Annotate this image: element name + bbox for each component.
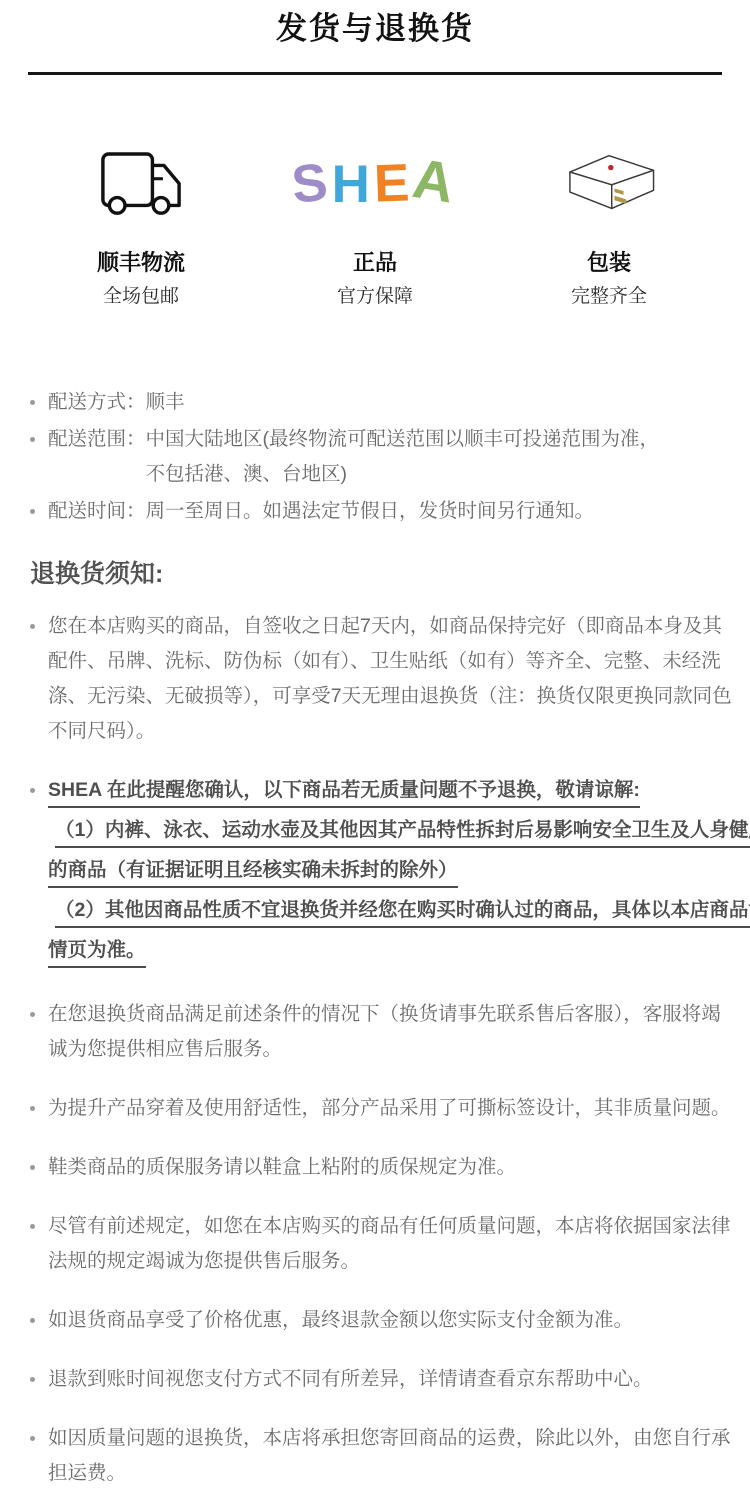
logo-letter-e: E (373, 156, 414, 210)
feature-title: 顺丰物流 (97, 251, 185, 275)
bullet-dot (30, 1209, 48, 1279)
bullet-dot (30, 1362, 48, 1397)
package-icon (559, 151, 659, 215)
list-item-underlined-terms: SHEA 在此提醒您确认，以下商品若无质量问题不予退换，敬请谅解: （1）内裤、… (30, 773, 736, 973)
notice-paragraph: 为提升产品穿着及使用舒适性，部分产品采用了可撕标签设计，其非质量问题。 (48, 1091, 736, 1126)
feature-subtitle: 全场包邮 (103, 286, 179, 308)
bullet-dot (30, 1303, 48, 1338)
returns-notice-list: 您在本店购买的商品，自签收之日起7天内，如商品保持完好（即商品本身及其配件、吊牌… (30, 609, 736, 1491)
underlined-line: 情页为准。 (48, 933, 750, 968)
feature-subtitle: 官方保障 (337, 286, 413, 308)
bullet-dot (30, 422, 48, 492)
list-item: 尽管有前述规定，如您在本店购买的商品有任何质量问题，本店将依据国家法律法规的规定… (30, 1209, 736, 1279)
returns-notice-heading: 退换货须知: (30, 559, 750, 589)
notice-paragraph: 在您退换货商品满足前述条件的情况下（换货请事先联系售后客服），客服将竭诚为您提供… (48, 997, 736, 1067)
bullet-dot (30, 1421, 48, 1491)
feature-title: 包装 (587, 251, 631, 275)
box-seal-dot (608, 165, 613, 170)
list-item: 为提升产品穿着及使用舒适性，部分产品采用了可撕标签设计，其非质量问题。 (30, 1091, 736, 1126)
bullet-dot (30, 494, 48, 529)
delivery-label: 配送方式： (48, 385, 146, 420)
delivery-value: 中国大陆地区(最终物流可配送范围以顺丰可投递范围为准， 不包括港、澳、台地区) (146, 422, 736, 492)
list-item: 如退货商品享受了价格优惠，最终退款金额以您实际支付金额为准。 (30, 1303, 736, 1338)
logo-letter-h: H (332, 158, 374, 211)
notice-paragraph: 鞋类商品的质保服务请以鞋盒上粘附的质保规定为准。 (48, 1150, 736, 1185)
bullet-dot (30, 1150, 48, 1185)
bullet-dot (30, 1091, 48, 1126)
list-item-delivery-area: 配送范围： 中国大陆地区(最终物流可配送范围以顺丰可投递范围为准， 不包括港、澳… (30, 422, 736, 492)
page-title: 发货与退换货 (0, 0, 750, 47)
feature-authentic: SHEA 正品 官方保障 (258, 151, 492, 308)
bullet-dot (30, 773, 48, 973)
bullet-dot (30, 997, 48, 1067)
notice-underlined-block: SHEA 在此提醒您确认，以下商品若无质量问题不予退换，敬请谅解: （1）内裤、… (48, 773, 750, 973)
feature-shipping: 顺丰物流 全场包邮 (24, 151, 258, 308)
list-item-delivery-time: 配送时间： 周一至周日。如遇法定节假日，发货时间另行通知。 (30, 494, 736, 529)
shipping-returns-page: 发货与退换货 顺丰物流 全场包邮 SHEA 正品 官方保障 (0, 0, 750, 1491)
truck-icon-svg (101, 152, 181, 215)
title-divider (28, 72, 722, 75)
list-item: 鞋类商品的质保服务请以鞋盒上粘附的质保规定为准。 (30, 1150, 736, 1185)
logo-letter-a: A (409, 150, 462, 212)
bullet-dot (30, 609, 48, 749)
package-icon-svg (559, 152, 659, 214)
feature-subtitle: 完整齐全 (571, 286, 647, 308)
list-item: 您在本店购买的商品，自签收之日起7天内，如商品保持完好（即商品本身及其配件、吊牌… (30, 609, 736, 749)
feature-packaging: 包装 完整齐全 (492, 151, 726, 308)
truck-icon (101, 151, 181, 215)
delivery-value: 顺丰 (146, 385, 736, 420)
underlined-line: （1）内裤、泳衣、运动水壶及其他因其产品特性拆封后易影响安全卫生及人身健康 (48, 813, 750, 848)
feature-row: 顺丰物流 全场包邮 SHEA 正品 官方保障 包装 完整 (24, 151, 726, 308)
feature-title: 正品 (353, 251, 397, 275)
shea-logo: SHEA (292, 151, 457, 215)
list-item: 如因质量问题的退换货，本店将承担您寄回商品的运费，除此以外，由您自行承担运费。 (30, 1421, 736, 1491)
notice-paragraph: 如因质量问题的退换货，本店将承担您寄回商品的运费，除此以外，由您自行承担运费。 (48, 1421, 736, 1491)
notice-paragraph: 如退货商品享受了价格优惠，最终退款金额以您实际支付金额为准。 (48, 1303, 736, 1338)
notice-paragraph: 退款到账时间视您支付方式不同有所差异，详情请查看京东帮助中心。 (48, 1362, 736, 1397)
underlined-line: 的商品（有证据证明且经核实确未拆封的除外） (48, 853, 750, 888)
delivery-info-list: 配送方式： 顺丰 配送范围： 中国大陆地区(最终物流可配送范围以顺丰可投递范围为… (30, 385, 736, 529)
logo-letter-s: S (290, 155, 335, 212)
bullet-dot (30, 385, 48, 420)
list-item-delivery-method: 配送方式： 顺丰 (30, 385, 736, 420)
underlined-line: SHEA 在此提醒您确认，以下商品若无质量问题不予退换，敬请谅解: (48, 773, 750, 808)
list-item: 退款到账时间视您支付方式不同有所差异，详情请查看京东帮助中心。 (30, 1362, 736, 1397)
list-item: 在您退换货商品满足前述条件的情况下（换货请事先联系售后客服），客服将竭诚为您提供… (30, 997, 736, 1067)
notice-paragraph: 尽管有前述规定，如您在本店购买的商品有任何质量问题，本店将依据国家法律法规的规定… (48, 1209, 736, 1279)
notice-paragraph: 您在本店购买的商品，自签收之日起7天内，如商品保持完好（即商品本身及其配件、吊牌… (48, 609, 736, 749)
underlined-line: （2）其他因商品性质不宜退换货并经您在购买时确认过的商品，具体以本店商品详 (48, 893, 750, 928)
delivery-label: 配送范围： (48, 422, 146, 492)
delivery-value: 周一至周日。如遇法定节假日，发货时间另行通知。 (146, 494, 736, 529)
delivery-label: 配送时间： (48, 494, 146, 529)
